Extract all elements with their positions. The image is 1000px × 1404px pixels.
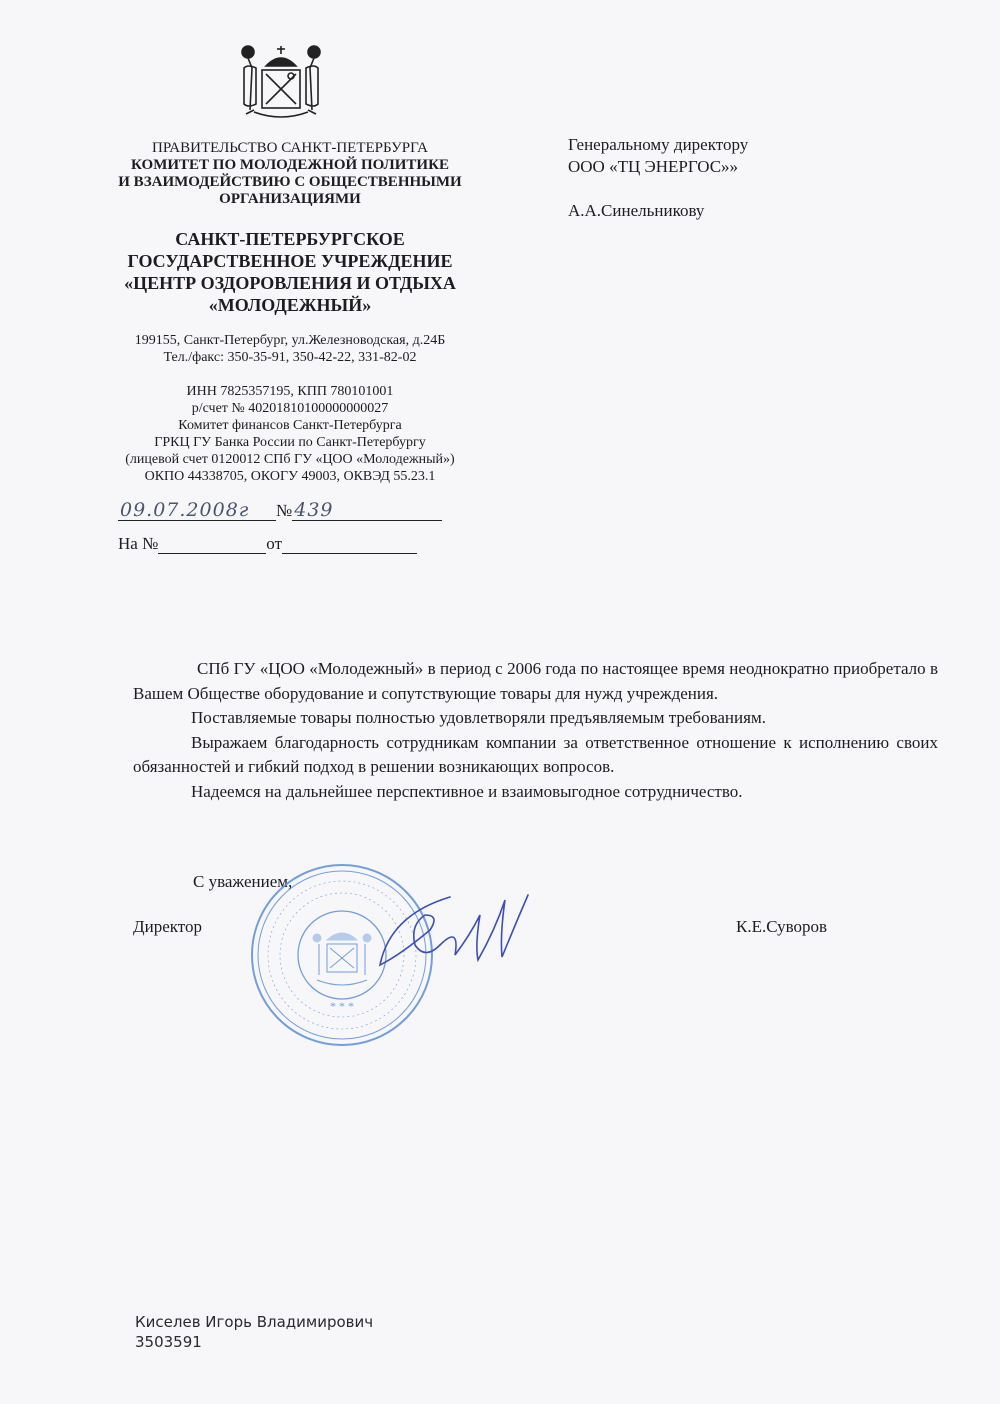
committee-name: КОМИТЕТ ПО МОЛОДЕЖНОЙ ПОЛИТИКЕ И ВЗАИМОД… [100, 157, 480, 208]
institution-name: САНКТ-ПЕТЕРБУРГСКОЕ ГОСУДАРСТВЕННОЕ УЧРЕ… [100, 228, 480, 316]
signer-name: К.Е.Суворов [736, 917, 827, 937]
executor-name: Киселев Игорь Владимирович [135, 1312, 373, 1332]
institution-line: «ЦЕНТР ОЗДОРОВЛЕНИЯ И ОТДЫХА [100, 272, 480, 294]
phones: Тел./факс: 350-35-91, 350-42-22, 331-82-… [100, 349, 480, 366]
requisite-line: (лицевой счет 0120012 СПб ГУ «ЦОО «Молод… [100, 451, 480, 468]
executor-block: Киселев Игорь Владимирович 3503591 [135, 1312, 373, 1352]
executor-phone: 3503591 [135, 1332, 373, 1352]
from-label: от [266, 534, 282, 554]
number-handwritten: 439 [294, 499, 333, 521]
in-reply-date-field [282, 533, 417, 554]
in-reply-label: На № [118, 534, 158, 554]
svg-text:* * *: * * * [330, 999, 354, 1013]
signature-icon [370, 885, 540, 995]
requisite-line: Комитет финансов Санкт-Петербурга [100, 417, 480, 434]
body-paragraph: Надеемся на дальнейшее перспективное и в… [133, 780, 938, 805]
institution-line: ГОСУДАРСТВЕННОЕ УЧРЕЖДЕНИЕ [100, 250, 480, 272]
body-paragraph: Выражаем благодарность сотрудникам компа… [133, 731, 938, 780]
letter-body: СПб ГУ «ЦОО «Молодежный» в период с 2006… [133, 657, 938, 804]
recipient-position: Генеральному директору [568, 134, 748, 156]
committee-line: ОРГАНИЗАЦИЯМИ [100, 191, 480, 208]
committee-line: КОМИТЕТ ПО МОЛОДЕЖНОЙ ПОЛИТИКЕ [100, 157, 480, 174]
requisites-block: ИНН 7825357195, КПП 780101001 р/счет № 4… [100, 383, 480, 485]
number-field: 439 [292, 500, 442, 521]
coat-of-arms-icon [236, 38, 326, 124]
recipient-block: Генеральному директору ООО «ТЦ ЭНЕРГОС»»… [568, 134, 748, 222]
recipient-company: ООО «ТЦ ЭНЕРГОС»» [568, 156, 748, 178]
date-handwritten: 09.07.2008г [120, 499, 249, 521]
in-reply-number-field [158, 533, 266, 554]
institution-line: «МОЛОДЕЖНЫЙ» [100, 294, 480, 316]
body-paragraph: Поставляемые товары полностью удовлетвор… [133, 706, 938, 731]
number-label: № [276, 501, 292, 521]
institution-line: САНКТ-ПЕТЕРБУРГСКОЕ [100, 228, 480, 250]
government-title: ПРАВИТЕЛЬСТВО САНКТ-ПЕТЕРБУРГА [100, 140, 480, 157]
recipient-name: А.А.Синельникову [568, 200, 748, 222]
signer-position: Директор [133, 917, 202, 937]
requisite-line: ИНН 7825357195, КПП 780101001 [100, 383, 480, 400]
requisite-line: р/счет № 40201810100000000027 [100, 400, 480, 417]
date-field: 09.07.2008г [118, 500, 276, 521]
requisite-line: ОКПО 44338705, ОКОГУ 49003, ОКВЭД 55.23.… [100, 468, 480, 485]
outgoing-reference: 09.07.2008г № 439 [118, 500, 442, 521]
address: 199155, Санкт-Петербург, ул.Железноводск… [100, 332, 480, 349]
committee-line: И ВЗАИМОДЕЙСТВИЮ С ОБЩЕСТВЕННЫМИ [100, 174, 480, 191]
address-block: 199155, Санкт-Петербург, ул.Железноводск… [100, 332, 480, 366]
incoming-reference: На № от [118, 533, 417, 554]
requisite-line: ГРКЦ ГУ Банка России по Санкт-Петербургу [100, 434, 480, 451]
body-paragraph: СПб ГУ «ЦОО «Молодежный» в период с 2006… [133, 657, 938, 706]
